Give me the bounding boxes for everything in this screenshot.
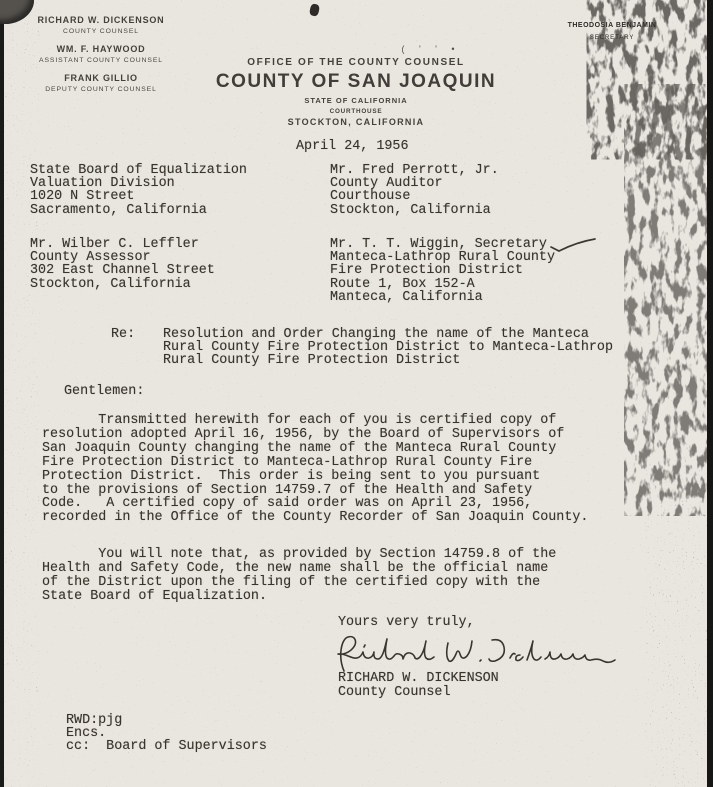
scan-stray-marks: ( ' ' • — [186, 44, 526, 54]
office-line: OFFICE OF THE COUNTY COUNSEL — [186, 57, 526, 68]
deputy-counsel-title: DEPUTY COUNTY COUNSEL — [36, 86, 166, 93]
recipient-address-auditor: Mr. Fred Perrott, Jr. County Auditor Cou… — [330, 164, 499, 217]
cc-note: cc: Board of Supervisors — [66, 740, 267, 753]
letterhead-staff-block: RICHARD W. DICKENSON COUNTY COUNSEL WM. … — [36, 15, 166, 93]
county-name: COUNTY OF SAN JOAQUIN — [186, 71, 526, 93]
assistant-counsel-title: ASSISTANT COUNTY COUNSEL — [36, 57, 166, 64]
signer-typed-name: RICHARD W. DICKENSON — [338, 672, 499, 685]
state-line: STATE OF CALIFORNIA — [186, 96, 526, 105]
scan-edge-left — [0, 0, 4, 787]
scan-corner-blob — [0, 0, 34, 24]
letterhead-secretary-block: THEODOSIA BENJAMIN SECRETARY — [552, 22, 672, 41]
re-label: Re: — [111, 328, 135, 341]
body-paragraph-2: You will note that, as provided by Secti… — [42, 548, 556, 604]
scan-top-mark — [309, 3, 320, 17]
re-subject: Resolution and Order Changing the name o… — [163, 328, 613, 368]
deputy-counsel-name: FRANK GILLIO — [36, 73, 166, 83]
scanned-letter-page: RICHARD W. DICKENSON COUNTY COUNSEL WM. … — [0, 0, 713, 787]
counsel-name: RICHARD W. DICKENSON — [36, 15, 166, 25]
signer-typed-title: County Counsel — [338, 686, 451, 699]
recipient-address-assessor: Mr. Wilber C. Leffler County Assessor 30… — [30, 238, 215, 291]
body-paragraph-1: Transmitted herewith for each of you is … — [42, 414, 588, 525]
recipient-address-fire-district: Mr. T. T. Wiggin, Secretary Manteca-Lath… — [330, 238, 555, 304]
salutation: Gentlemen: — [64, 385, 144, 398]
letterhead-center: ( ' ' • OFFICE OF THE COUNTY COUNSEL COU… — [186, 44, 526, 127]
closing: Yours very truly, — [338, 616, 475, 629]
scan-edge-right — [707, 0, 713, 787]
secretary-name: THEODOSIA BENJAMIN — [552, 22, 672, 29]
recipient-address-equalization: State Board of Equalization Valuation Di… — [30, 164, 247, 217]
assistant-counsel-name: WM. F. HAYWOOD — [36, 44, 166, 54]
secretary-title: SECRETARY — [552, 34, 672, 41]
checkmark-annotation — [549, 236, 597, 256]
counsel-title: COUNTY COUNSEL — [36, 28, 166, 35]
letter-date: April 24, 1956 — [296, 140, 409, 153]
courthouse-line: COURTHOUSE — [186, 108, 526, 115]
city-line: STOCKTON, CALIFORNIA — [186, 117, 526, 127]
